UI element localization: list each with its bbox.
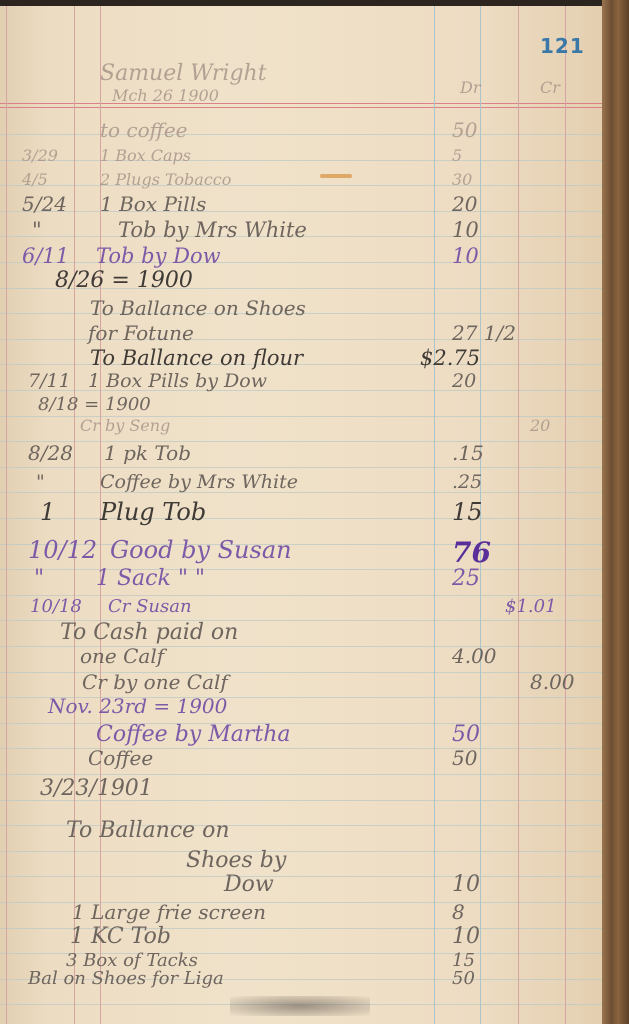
pencil-smudge — [230, 996, 370, 1016]
entry-date: 3/23/1901 — [40, 776, 153, 801]
entry-item: Good by Susan — [110, 536, 292, 564]
entry-debit: .15 — [452, 441, 484, 465]
ruled-line — [0, 723, 602, 724]
entry-item: Shoes by — [186, 848, 286, 873]
entry-item: for Fotune — [88, 321, 194, 345]
entry-date: " — [34, 566, 44, 591]
entry-item: 1 Sack " " — [96, 566, 205, 591]
entry-debit: 10 — [452, 924, 480, 949]
entry-date: 3/29 — [22, 146, 58, 165]
entry-debit: 20 — [452, 192, 477, 216]
entry-debit: 20 — [452, 370, 476, 392]
entry-date: " — [36, 471, 45, 493]
entry-date: 8/28 — [28, 441, 73, 465]
account-date: Mch 26 1900 — [112, 86, 219, 105]
entry-item: Coffee by Martha — [96, 722, 291, 747]
ruled-line — [0, 569, 602, 570]
entry-debit: 5 — [452, 146, 462, 165]
entry-item: To Ballance on — [66, 818, 230, 843]
entry-date: 7/11 — [28, 370, 71, 392]
entry-item: 2 Plugs Tobacco — [100, 170, 231, 189]
entry-debit: 50 — [452, 968, 475, 989]
ruled-line — [0, 774, 602, 775]
entry-item: Tob by Mrs White — [118, 218, 307, 242]
entry-debit: $2.75 — [420, 346, 480, 370]
entry-item: Coffee by Mrs White — [100, 471, 298, 493]
ruled-line — [0, 262, 602, 263]
entry-debit: .25 — [452, 471, 482, 493]
entry-item: Bal on Shoes for Liga — [28, 968, 224, 989]
account-name: Samuel Wright — [100, 61, 267, 86]
ruled-line — [0, 851, 602, 852]
entry-item: To Ballance on flour — [90, 346, 303, 370]
entry-item: 1 Large frie screen — [72, 900, 266, 924]
header-red-rule — [0, 103, 602, 108]
page-number: 121 — [540, 34, 585, 58]
ruled-line — [0, 211, 602, 212]
entry-item: Cr by Seng — [80, 416, 170, 435]
entry-debit: 27 1/2 — [452, 321, 516, 345]
entry-date: 10/18 — [30, 596, 82, 617]
entry-date: 5/24 — [22, 192, 67, 216]
entry-date: 6/11 — [22, 244, 69, 268]
entry-item: Dow — [224, 872, 274, 897]
entry-item: Coffee — [88, 746, 153, 770]
ruled-line — [0, 160, 602, 161]
entry-date: 8/18 = 1900 — [38, 394, 151, 415]
entry-item: To Ballance on Shoes — [90, 296, 306, 320]
entry-item: Tob by Dow — [96, 244, 221, 268]
entry-item: Cr Susan — [108, 596, 192, 617]
entry-item: Cr by one Calf — [82, 670, 228, 694]
entry-debit: 25 — [452, 566, 480, 591]
debit-column-line — [518, 6, 519, 1024]
entry-credit: $1.01 — [505, 596, 557, 617]
ruled-line — [0, 492, 602, 493]
entry-item: 1 Box Pills — [100, 192, 206, 216]
entry-debit: 4.00 — [452, 644, 497, 668]
entry-date: 4/5 — [22, 170, 48, 189]
margin-line — [6, 6, 7, 1024]
book-spine-edge — [602, 0, 629, 1024]
credit-header: Cr — [540, 78, 560, 97]
entry-debit: 10 — [452, 872, 480, 897]
ruled-line — [0, 518, 602, 519]
ruled-line — [0, 876, 602, 877]
entry-debit: 76 — [452, 536, 491, 569]
entry-date: " — [32, 218, 42, 242]
entry-item: one Calf — [80, 644, 164, 668]
entry-item: 1 Box Pills by Dow — [88, 370, 267, 392]
entry-date: 1 — [40, 498, 55, 526]
ledger-page: 121 Samuel Wright Mch 26 1900 Dr Cr to c… — [0, 6, 602, 1024]
entry-item: Plug Tob — [100, 498, 206, 526]
entry-credit: 20 — [530, 416, 550, 435]
entry-credit: 8.00 — [530, 670, 575, 694]
entry-date: Nov. 23rd = 1900 — [48, 694, 227, 718]
ruled-line — [0, 185, 602, 186]
entry-item: 1 Box Caps — [100, 146, 191, 165]
ink-stain — [320, 174, 352, 178]
credit-column-line — [565, 6, 566, 1024]
entry-debit: 50 — [452, 118, 477, 142]
entry-debit: 8 — [452, 900, 465, 924]
entry-date: 8/26 = 1900 — [55, 268, 193, 293]
entry-debit: 30 — [452, 170, 472, 189]
ruled-line — [0, 134, 602, 135]
debit-header: Dr — [460, 78, 480, 97]
entry-date: 10/12 — [28, 536, 97, 564]
entry-debit: 10 — [452, 218, 479, 242]
entry-debit: 50 — [452, 722, 480, 747]
entry-item: to coffee — [100, 118, 188, 142]
dollar-column-line — [434, 6, 435, 1024]
entry-item: 1 pk Tob — [104, 441, 191, 465]
ruled-line — [0, 467, 602, 468]
ruled-line — [0, 441, 602, 442]
entry-debit: 15 — [452, 498, 483, 526]
entry-item: To Cash paid on — [60, 620, 238, 645]
entry-item: 1 KC Tob — [70, 924, 171, 949]
date-column-line — [74, 6, 75, 1024]
entry-debit: 50 — [452, 746, 477, 770]
entry-debit: 10 — [452, 244, 479, 268]
